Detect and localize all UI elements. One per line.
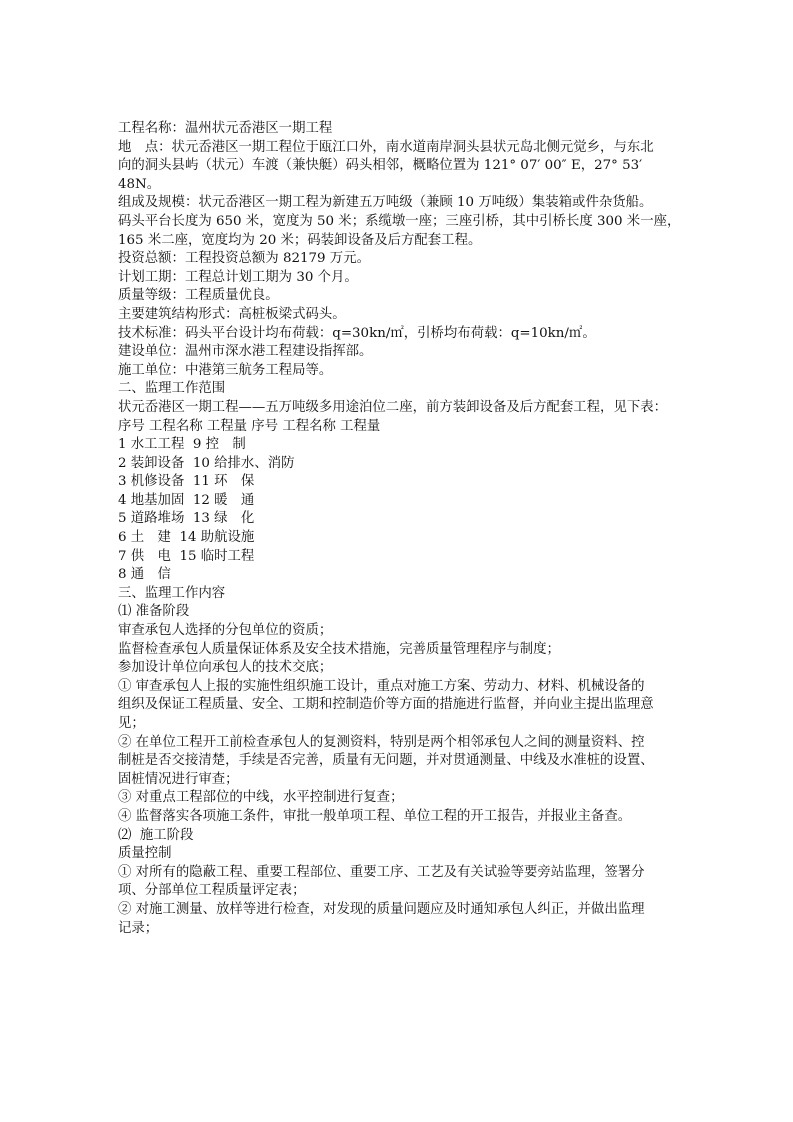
body-line: 项、分部单位工程质量评定表； (118, 882, 684, 901)
project-name-line: 工程名称：温州状元岙港区一期工程 (118, 120, 684, 139)
body-line: 见； (118, 715, 684, 734)
contractor-line: 施工单位：中港第三航务工程局等。 (118, 362, 684, 381)
section-2-heading: 二、监理工作范围 (118, 380, 684, 399)
scale-line-1: 组成及规模：状元岙港区一期工程为新建五万吨级（兼顾 10 万吨级）集装箱或件杂货… (118, 194, 684, 213)
table-row: 6 土 建 14 助航设施 (118, 529, 684, 548)
scope-intro-line: 状元岙港区一期工程——五万吨级多用途泊位二座，前方装卸设备及后方配套工程，见下表… (118, 399, 684, 418)
location-line-3: 48N。 (118, 176, 684, 195)
location-line-1: 地 点：状元岙港区一期工程位于瓯江口外，南水道南岸洞头县状元岛北侧元觉乡，与东北 (118, 139, 684, 158)
location-line-2: 向的洞头县屿（状元）车渡（兼快艇）码头相邻，概略位置为 121° 07′ 00″… (118, 157, 684, 176)
scale-line-2: 码头平台长度为 650 米，宽度为 50 米；系缆墩一座；三座引桥，其中引桥长度… (118, 213, 684, 232)
body-line: ② 对施工测量、放样等进行检查，对发现的质量问题应及时通知承包人纠正，并做出监理 (118, 901, 684, 920)
body-line: ③ 对重点工程部位的中线，水平控制进行复查； (118, 789, 684, 808)
body-line: ④ 监督落实各项施工条件，审批一般单项工程、单位工程的开工报告，并报业主备查。 (118, 808, 684, 827)
table-row: 2 装卸设备 10 给排水、消防 (118, 455, 684, 474)
body-line: 审查承包人选择的分包单位的资质； (118, 622, 684, 641)
body-line: 参加设计单位向承包人的技术交底； (118, 659, 684, 678)
investment-line: 投资总额：工程投资总额为 82179 万元。 (118, 250, 684, 269)
owner-line: 建设单位：温州市深水港工程建设指挥部。 (118, 343, 684, 362)
section-3-heading: 三、监理工作内容 (118, 585, 684, 604)
prep-stage-heading: ⑴ 准备阶段 (118, 603, 684, 622)
table-row: 3 机修设备 11 环 保 (118, 473, 684, 492)
construction-stage-heading: ⑵ 施工阶段 (118, 827, 684, 846)
table-row: 1 水工工程 9 控 制 (118, 436, 684, 455)
body-line: ① 审查承包人上报的实施性组织施工设计，重点对施工方案、劳动力、材料、机械设备的 (118, 678, 684, 697)
structure-line: 主要建筑结构形式：高桩板梁式码头。 (118, 306, 684, 325)
table-row: 5 道路堆场 13 绿 化 (118, 510, 684, 529)
table-row: 8 通 信 (118, 566, 684, 585)
table-header-line: 序号 工程名称 工程量 序号 工程名称 工程量 (118, 418, 684, 437)
schedule-line: 计划工期：工程总计划工期为 30 个月。 (118, 269, 684, 288)
body-line: 固桩情况进行审查； (118, 771, 684, 790)
table-row: 4 地基加固 12 暖 通 (118, 492, 684, 511)
quality-control-heading: 质量控制 (118, 845, 684, 864)
tech-standard-line: 技术标准：码头平台设计均布荷载：q=30kn/㎡，引桥均布荷载：q=10kn/㎡… (118, 325, 684, 344)
body-line: ① 对所有的隐蔽工程、重要工程部位、重要工序、工艺及有关试验等要旁站监理，签署分 (118, 864, 684, 883)
quality-grade-line: 质量等级：工程质量优良。 (118, 287, 684, 306)
body-line: 记录； (118, 920, 684, 939)
body-line: 制桩是否交接清楚，手续是否完善，质量有无问题，并对贯通测量、中线及水准桩的设置、 (118, 752, 684, 771)
body-line: 组织及保证工程质量、安全、工期和控制造价等方面的措施进行监督，并向业主提出监理意 (118, 696, 684, 715)
body-line: ② 在单位工程开工前检查承包人的复测资料，特别是两个相邻承包人之间的测量资料、控 (118, 734, 684, 753)
scale-line-3: 165 米二座，宽度均为 20 米；码装卸设备及后方配套工程。 (118, 232, 684, 251)
table-row: 7 供 电 15 临时工程 (118, 548, 684, 567)
document-page: 工程名称：温州状元岙港区一期工程 地 点：状元岙港区一期工程位于瓯江口外，南水道… (118, 120, 684, 938)
body-line: 监督检查承包人质量保证体系及安全技术措施，完善质量管理程序与制度； (118, 641, 684, 660)
